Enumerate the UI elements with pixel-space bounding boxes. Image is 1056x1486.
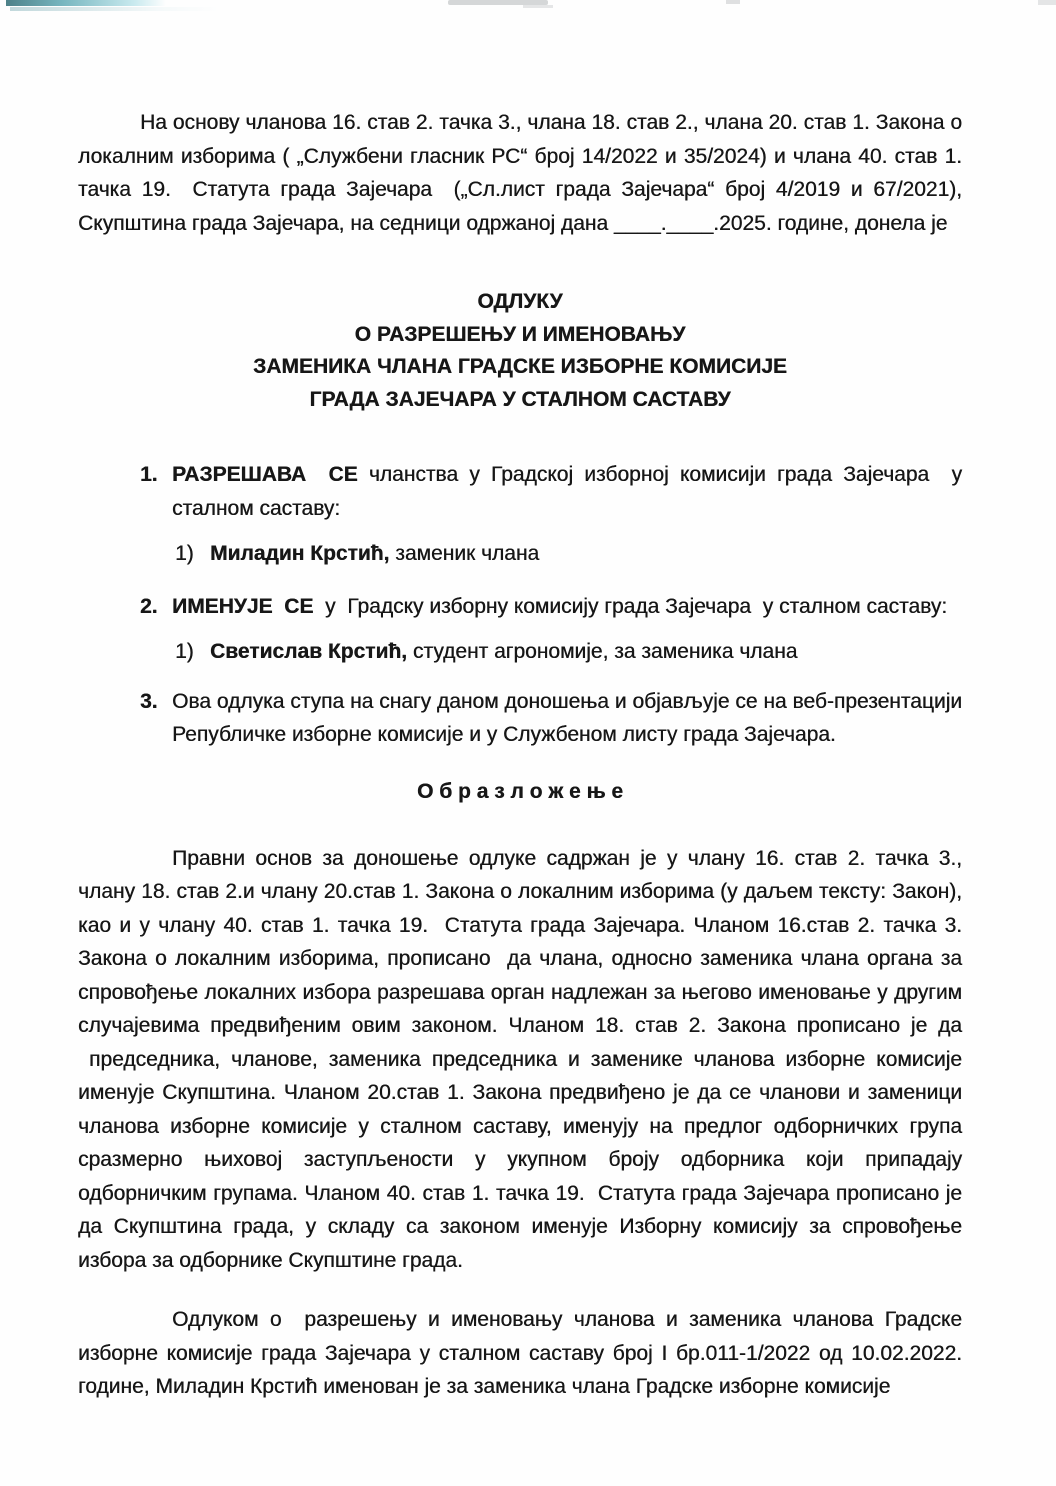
item-lead-bold: ИМЕНУЈЕ СЕ [172,595,313,618]
item-rest: Ова одлука ступа на снагу даном доношења… [172,690,962,747]
item-lead-bold: РАЗРЕШАВА СЕ [172,463,358,486]
person-name: Светислав Крстић, [210,640,407,663]
decision-item-3: 3. Ова одлука ступа на снагу даном донош… [78,685,962,752]
item-number: 1. [140,458,172,525]
title-line-1: ОДЛУКУ [78,286,962,319]
scan-artifact-smudge [1038,0,1056,5]
explanation-paragraph-legal-basis: Правни основ за доношење одлуке садржан … [78,842,962,1278]
item-text: ИМЕНУЈЕ СЕ у Градску изборну комисију гр… [172,590,962,624]
item-number: 2. [140,590,172,624]
scanned-document-page: На основу чланова 16. став 2. тачка 3., … [0,0,1056,1486]
dismissed-person-row: 1) Миладин Крстић, заменик члана [78,537,962,571]
decision-item-1: 1. РАЗРЕШАВА СЕ чланства у Градској избо… [78,458,962,525]
preamble-paragraph: На основу чланова 16. став 2. тачка 3., … [78,106,962,240]
title-line-2: О РАЗРЕШЕЊУ И ИМЕНОВАЊУ [78,319,962,352]
explanation-paragraph-prior-decision: Одлуком о разрешењу и именовању чланова … [78,1303,962,1404]
decision-title: ОДЛУКУ О РАЗРЕШЕЊУ И ИМЕНОВАЊУ ЗАМЕНИКА … [78,286,962,416]
subitem-text: Миладин Крстић, заменик члана [210,537,962,571]
person-role: заменик члана [389,542,539,565]
scan-artifact-teal-strip [6,0,166,6]
scan-artifact-smudge [726,0,740,4]
item-text: РАЗРЕШАВА СЕ чланства у Градској изборно… [172,458,962,525]
item-text: Ова одлука ступа на снагу даном доношења… [172,685,962,752]
scan-artifact-smudge [448,0,548,5]
subitem-number: 1) [175,635,210,669]
scan-artifact-smudge [523,5,553,8]
item-rest: у Градску изборну комисију града Зајечар… [313,595,947,618]
scan-artifact-teal-shadow [10,7,220,11]
subitem-number: 1) [175,537,210,571]
appointed-person-row: 1) Светислав Крстић, студент агрономије,… [78,635,962,669]
title-line-4: ГРАДА ЗАЈЕЧАРА У СТАЛНОМ САСТАВУ [78,384,962,417]
title-line-3: ЗАМЕНИКА ЧЛАНА ГРАДСКЕ ИЗБОРНЕ КОМИСИЈЕ [78,351,962,384]
subitem-text: Светислав Крстић, студент агрономије, за… [210,635,962,669]
explanation-heading: О б р а з л о ж е њ е [78,775,962,808]
person-role: студент агрономије, за заменика члана [407,640,797,663]
decision-item-2: 2. ИМЕНУЈЕ СЕ у Градску изборну комисију… [78,590,962,624]
decision-items: 1. РАЗРЕШАВА СЕ чланства у Градској избо… [78,458,962,752]
person-name: Миладин Крстић, [210,542,389,565]
item-number: 3. [140,685,172,752]
